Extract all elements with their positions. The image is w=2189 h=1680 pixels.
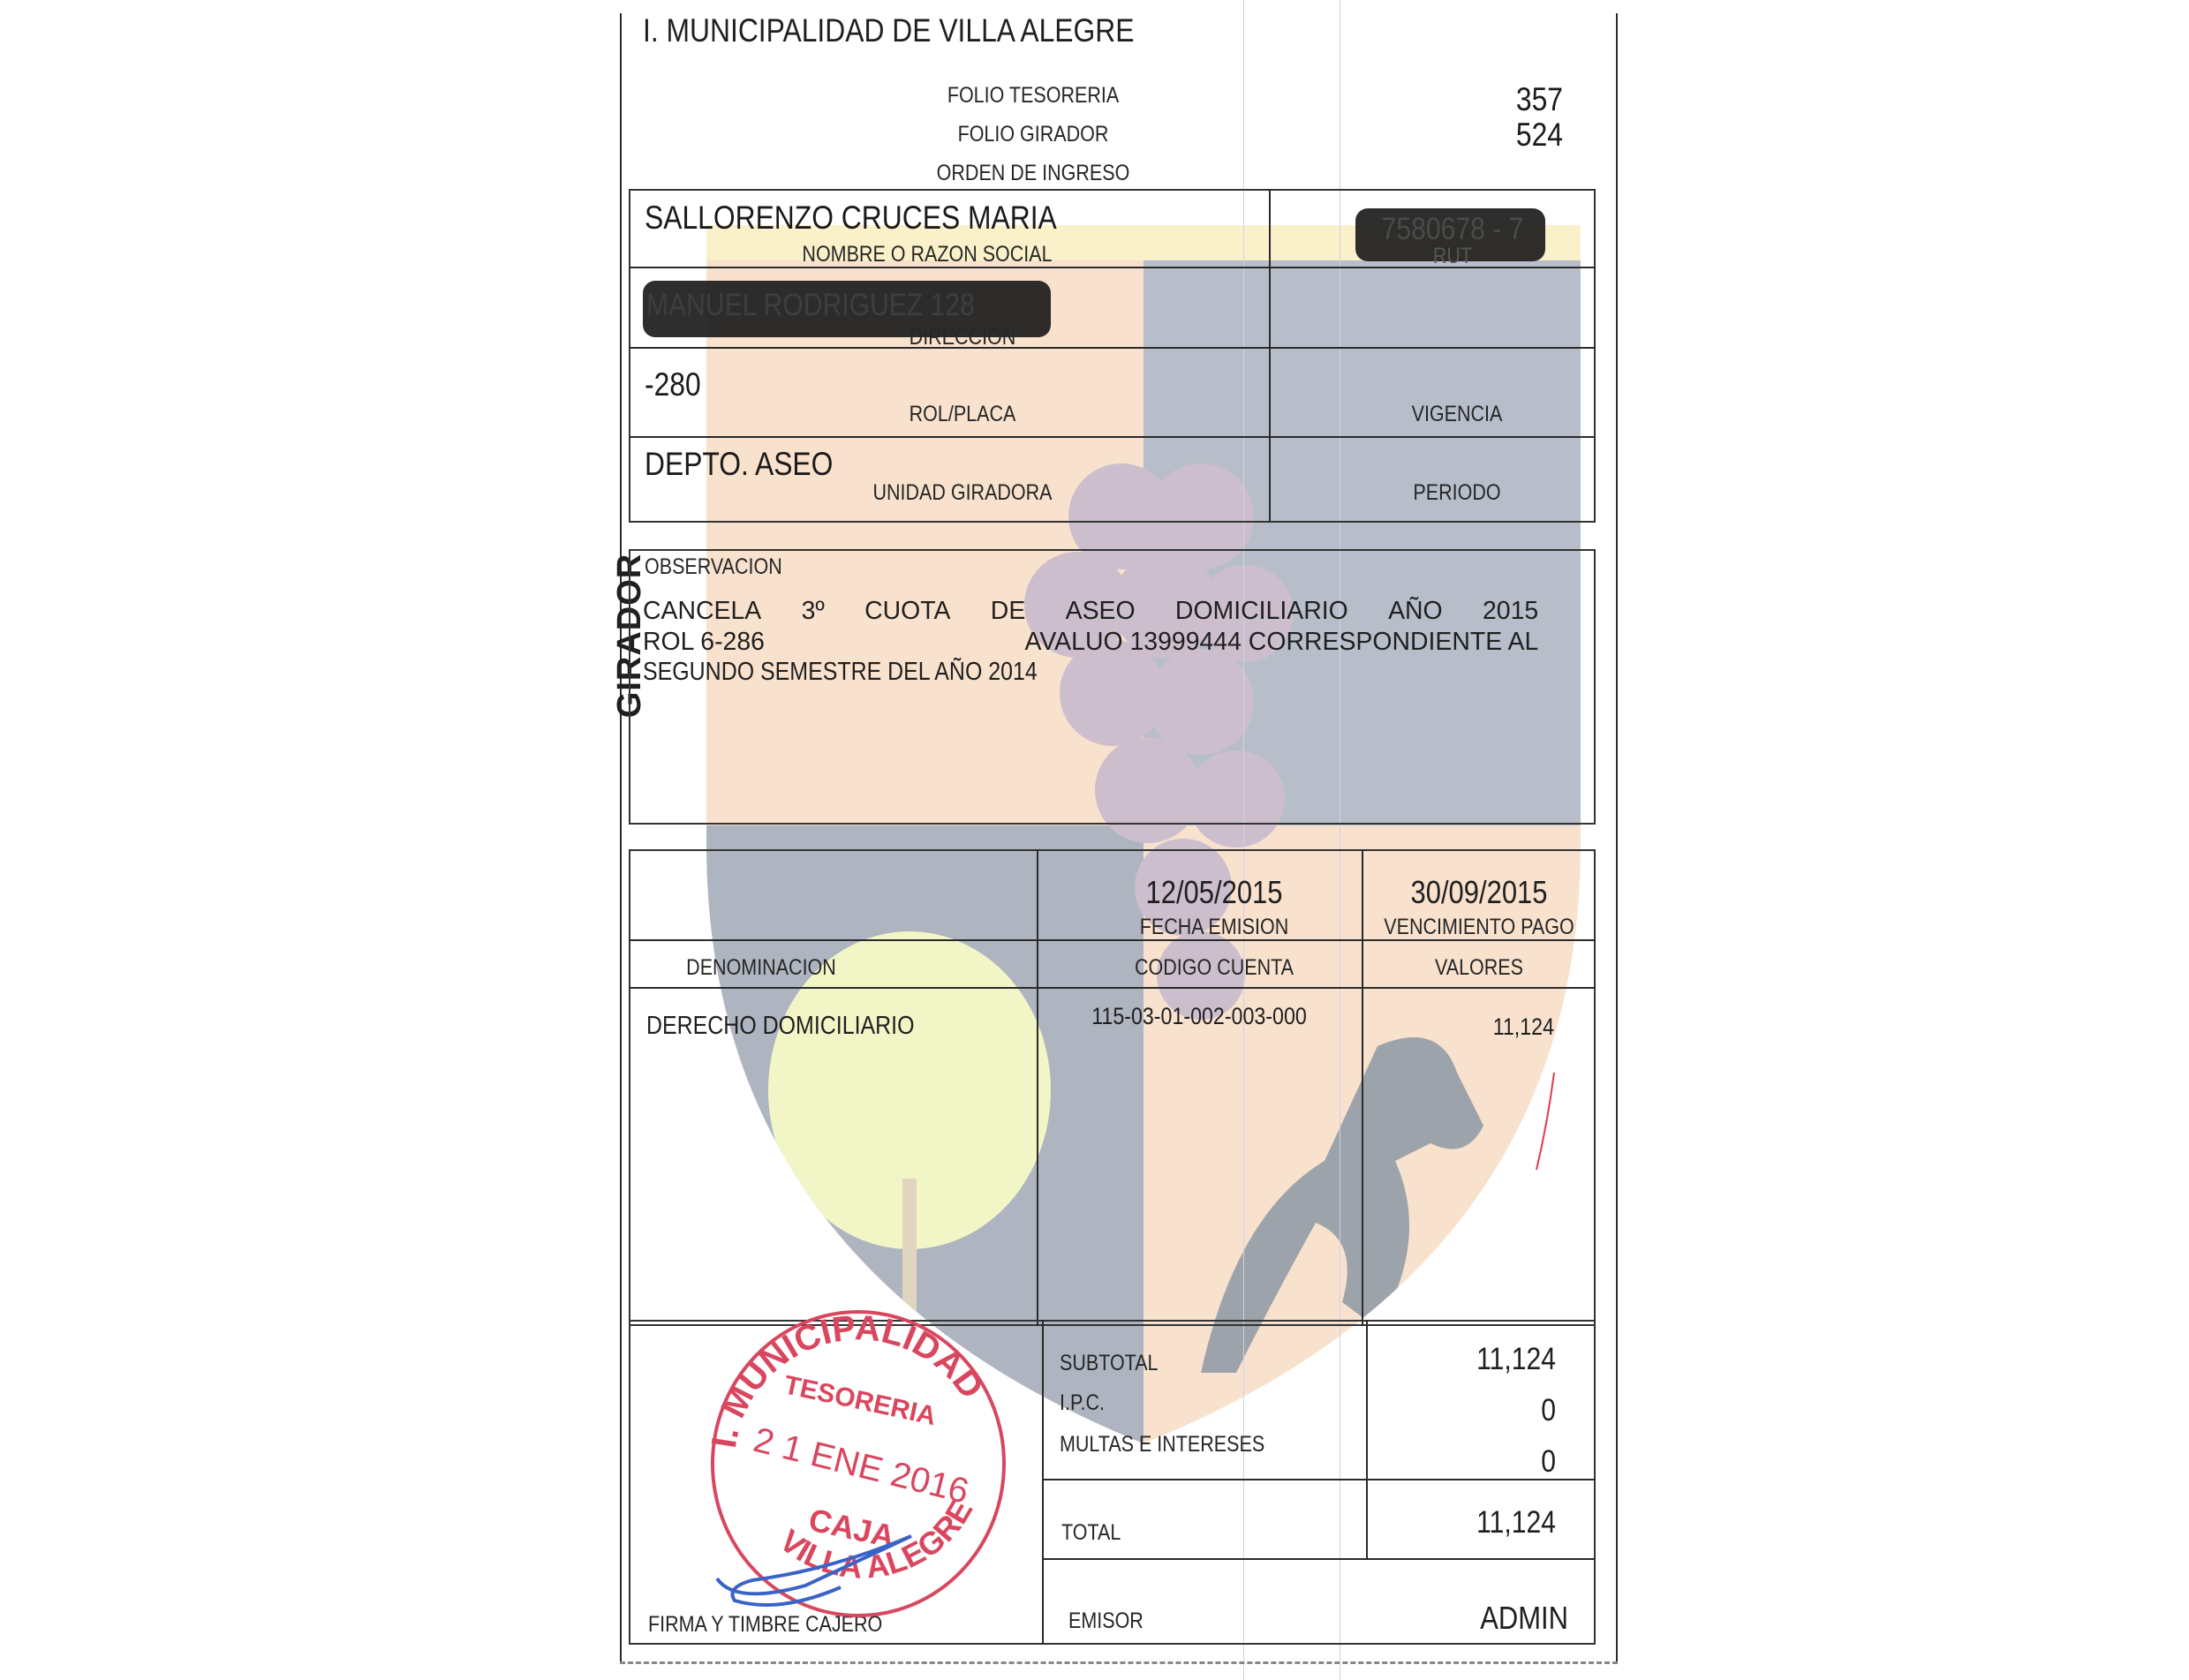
emisor-label: EMISOR bbox=[1068, 1608, 1144, 1634]
obs-word: CANCELA bbox=[643, 597, 761, 626]
col-header-valores: VALORES bbox=[1380, 955, 1578, 981]
fecha-emision-label: FECHA EMISION bbox=[1089, 915, 1340, 940]
stamp-date: 2 1 ENE 2016 bbox=[750, 1420, 972, 1511]
document-type: ORDEN DE INGRESO bbox=[904, 161, 1162, 186]
col-header-denominacion: DENOMINACION bbox=[647, 955, 875, 981]
observation-line-2: ROL 6-286 AVALUO 13999444 CORRESPONDIENT… bbox=[643, 628, 1538, 657]
row-divider bbox=[629, 347, 1596, 349]
subtotal-value: 11,124 bbox=[1433, 1342, 1556, 1377]
multas-value: 0 bbox=[1433, 1444, 1556, 1480]
payer-box-divider bbox=[1269, 189, 1271, 523]
row-divider bbox=[629, 436, 1596, 438]
total-label: TOTAL bbox=[1061, 1520, 1121, 1546]
observation-box bbox=[629, 549, 1596, 825]
rut-label: RUT bbox=[1418, 244, 1486, 269]
right-margin-line bbox=[1616, 13, 1618, 1664]
obs-word: ASEO bbox=[1066, 597, 1136, 626]
ipc-value: 0 bbox=[1433, 1393, 1556, 1428]
col-divider bbox=[1042, 1320, 1044, 1645]
col-divider bbox=[1366, 1320, 1368, 1558]
emisor-value: ADMIN bbox=[1419, 1600, 1568, 1637]
stamp-top-text: I. MUNICIPALIDAD bbox=[705, 1308, 991, 1450]
obs-word: DE bbox=[991, 597, 1025, 626]
ipc-label: I.P.C. bbox=[1060, 1390, 1105, 1416]
item-denominacion: DERECHO DOMICILIARIO bbox=[646, 1012, 914, 1041]
pen-mark bbox=[1532, 1068, 1559, 1174]
address-value: MANUEL RODRIGUEZ 128 bbox=[646, 288, 975, 323]
subtotal-label: SUBTOTAL bbox=[1060, 1351, 1159, 1376]
total-value: 11,124 bbox=[1433, 1505, 1556, 1541]
municipality-title: I. MUNICIPALIDAD DE VILLA ALEGRE bbox=[643, 12, 1134, 49]
left-margin-line bbox=[620, 13, 622, 1664]
item-codigo-cuenta: 115-03-01-002-003-000 bbox=[1062, 1003, 1336, 1030]
unidad-giradora-value: DEPTO. ASEO bbox=[645, 446, 833, 483]
stamp-tesoreria: TESORERIA bbox=[781, 1370, 939, 1431]
multas-label: MULTAS E INTERESES bbox=[1060, 1432, 1264, 1458]
observation-line-1: CANCELA 3º CUOTA DE ASEO DOMICILIARIO AÑ… bbox=[643, 597, 1538, 626]
col-divider bbox=[1037, 849, 1038, 1326]
unidad-giradora-label: UNIDAD GIRADORA bbox=[834, 480, 1091, 506]
periodo-label: PERIODO bbox=[1358, 480, 1556, 506]
obs-word: DOMICILIARIO bbox=[1175, 597, 1348, 626]
col-divider bbox=[1362, 849, 1363, 1326]
vencimiento-label: VENCIMIENTO PAGO bbox=[1380, 915, 1578, 940]
vigencia-label: VIGENCIA bbox=[1358, 402, 1556, 427]
rol-value: -280 bbox=[645, 366, 701, 403]
row-divider bbox=[629, 987, 1596, 989]
treasury-stamp: I. MUNICIPALIDAD VILLA ALEGRE TESORERIA … bbox=[699, 1305, 1017, 1623]
row-divider bbox=[1042, 1558, 1596, 1560]
folio-tesoreria-label: FOLIO TESORERIA bbox=[908, 83, 1159, 109]
address-label: DIRECCION bbox=[864, 325, 1061, 350]
col-header-codigo-cuenta: CODIGO CUENTA bbox=[1089, 955, 1340, 981]
obs-word: 3º bbox=[802, 597, 825, 626]
vencimiento-value: 30/09/2015 bbox=[1380, 874, 1578, 911]
payer-name: SALLORENZO CRUCES MARIA bbox=[645, 200, 1057, 237]
rut-value: 7580678 - 7 bbox=[1365, 212, 1540, 247]
obs-rol: ROL 6-286 bbox=[643, 628, 765, 657]
obs-word: CUOTA bbox=[864, 597, 950, 626]
fecha-emision-value: 12/05/2015 bbox=[1089, 874, 1340, 911]
rol-label: ROL/PLACA bbox=[864, 402, 1061, 427]
folio-tesoreria-value: 357 bbox=[1434, 81, 1563, 118]
obs-avaluo: AVALUO 13999444 CORRESPONDIENTE AL bbox=[1024, 628, 1538, 657]
obs-word: 2015 bbox=[1483, 597, 1538, 626]
payer-name-label: NOMBRE O RAZON SOCIAL bbox=[790, 242, 1064, 267]
item-valor: 11,124 bbox=[1432, 1013, 1554, 1041]
perforation-line bbox=[620, 1661, 1618, 1664]
folio-girador-label: FOLIO GIRADOR bbox=[908, 122, 1159, 147]
svg-text:I. MUNICIPALIDAD: I. MUNICIPALIDAD bbox=[705, 1308, 991, 1450]
payment-order-document: I. MUNICIPALIDAD DE VILLA ALEGRE FOLIO T… bbox=[0, 0, 2189, 1680]
observation-label: OBSERVACION bbox=[645, 554, 782, 580]
folio-girador-value: 524 bbox=[1434, 117, 1563, 154]
observation-line-3: SEGUNDO SEMESTRE DEL AÑO 2014 bbox=[643, 658, 1038, 687]
obs-word: AÑO bbox=[1388, 597, 1443, 626]
